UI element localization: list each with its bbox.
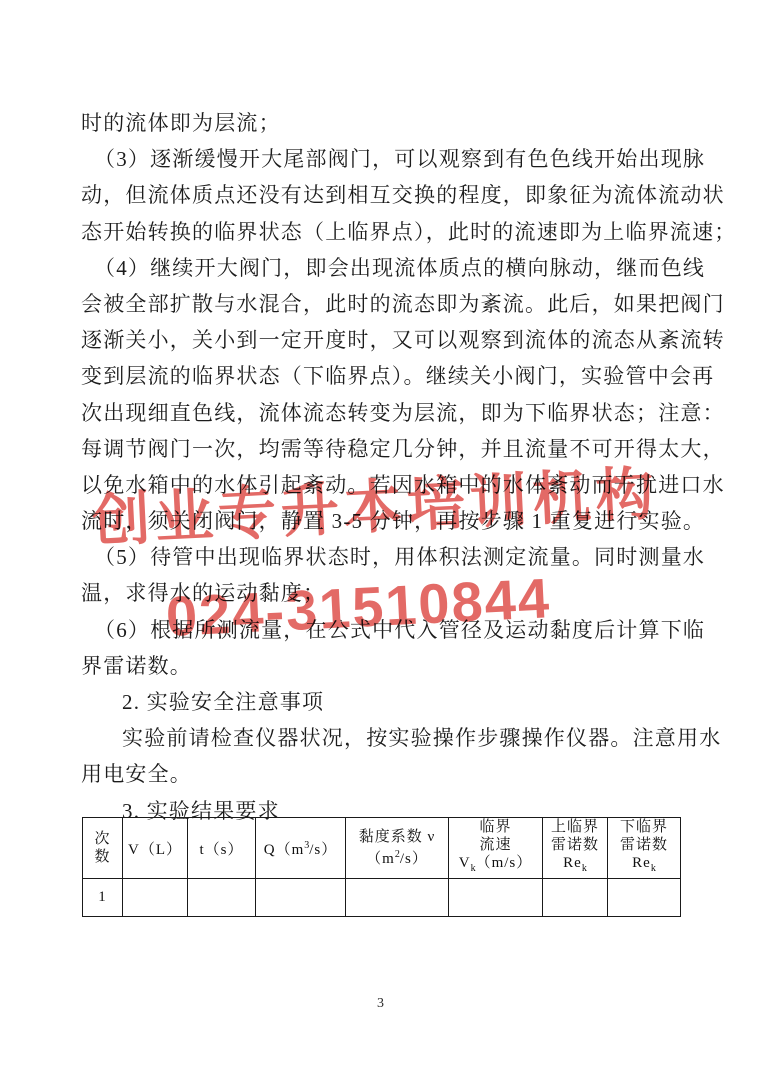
- col-header-viscosity: 黏度系数 ν （m2/s）: [346, 818, 449, 879]
- body-line: （5）待管中出现临界状态时，用体积法测定流量。同时测量水: [81, 539, 721, 575]
- cell-empty: [123, 879, 188, 917]
- cell-empty: [188, 879, 256, 917]
- cell-empty: [543, 879, 608, 917]
- body-line: 变到层流的临界状态（下临界点）。继续关小阀门，实验管中会再: [81, 358, 721, 394]
- col-header-lower-reynolds: 下临界 雷诺数 Rek: [608, 818, 681, 879]
- col-header-volume: V（L）: [123, 818, 188, 879]
- body-line: 用电安全。: [81, 756, 721, 792]
- cell-empty: [256, 879, 346, 917]
- body-line: （6）根据所测流量，在公式中代入管径及运动黏度后计算下临: [81, 612, 721, 648]
- cell-empty: [346, 879, 449, 917]
- body-line: 实验前请检查仪器状况，按实验操作步骤操作仪器。注意用水: [81, 720, 721, 756]
- body-line: 逐渐关小，关小到一定开度时，又可以观察到流体的流态从紊流转: [81, 322, 721, 358]
- cell-empty: [608, 879, 681, 917]
- body-line: 温，求得水的运动黏度；: [81, 575, 721, 611]
- body-line: 动，但流体质点还没有达到相互交换的程度，即象征为流体流动状: [81, 177, 721, 213]
- body-line: 时的流体即为层流；: [81, 105, 721, 141]
- col-header-upper-reynolds: 上临界 雷诺数 Rek: [543, 818, 608, 879]
- col-header-flowrate: Q（m3/s）: [256, 818, 346, 879]
- body-line: 会被全部扩散与水混合，此时的流态即为紊流。此后，如果把阀门: [81, 286, 721, 322]
- document-page: 时的流体即为层流； （3）逐渐缓慢开大尾部阀门，可以观察到有色色线开始出现脉 动…: [0, 0, 761, 1073]
- col-header-trial: 次 数: [83, 818, 123, 879]
- cell-empty: [449, 879, 543, 917]
- body-line: 次出现细直色线，流体流态转变为层流，即为下临界状态；注意：: [81, 395, 721, 431]
- table-row: 1: [83, 879, 681, 917]
- body-line: 态开始转换的临界状态（上临界点），此时的流速即为上临界流速；: [81, 214, 721, 250]
- col-header-time: t（s）: [188, 818, 256, 879]
- body-line: 界雷诺数。: [81, 648, 721, 684]
- body-line: 流时，须关闭阀门，静置 3-5 分钟，再按步骤 1 重复进行实验。: [81, 503, 721, 539]
- body-line: （3）逐渐缓慢开大尾部阀门，可以观察到有色色线开始出现脉: [81, 141, 721, 177]
- body-line: 以免水箱中的水体引起紊动。若因水箱中的水体紊动而干扰进口水: [81, 467, 721, 503]
- body-line: 每调节阀门一次，均需等待稳定几分钟，并且流量不可开得太大，: [81, 431, 721, 467]
- body-line: （4）继续开大阀门，即会出现流体质点的横向脉动，继而色线: [81, 250, 721, 286]
- section-heading-safety: 2. 实验安全注意事项: [81, 684, 721, 720]
- page-number: 3: [0, 996, 761, 1012]
- results-table: 次 数 V（L） t（s） Q（m3/s） 黏度系数 ν （m2/s） 临界 流…: [82, 817, 681, 917]
- body-text: 时的流体即为层流； （3）逐渐缓慢开大尾部阀门，可以观察到有色色线开始出现脉 动…: [81, 105, 721, 829]
- cell-trial-number: 1: [83, 879, 123, 917]
- col-header-critical-velocity: 临界 流速 Vk（m/s）: [449, 818, 543, 879]
